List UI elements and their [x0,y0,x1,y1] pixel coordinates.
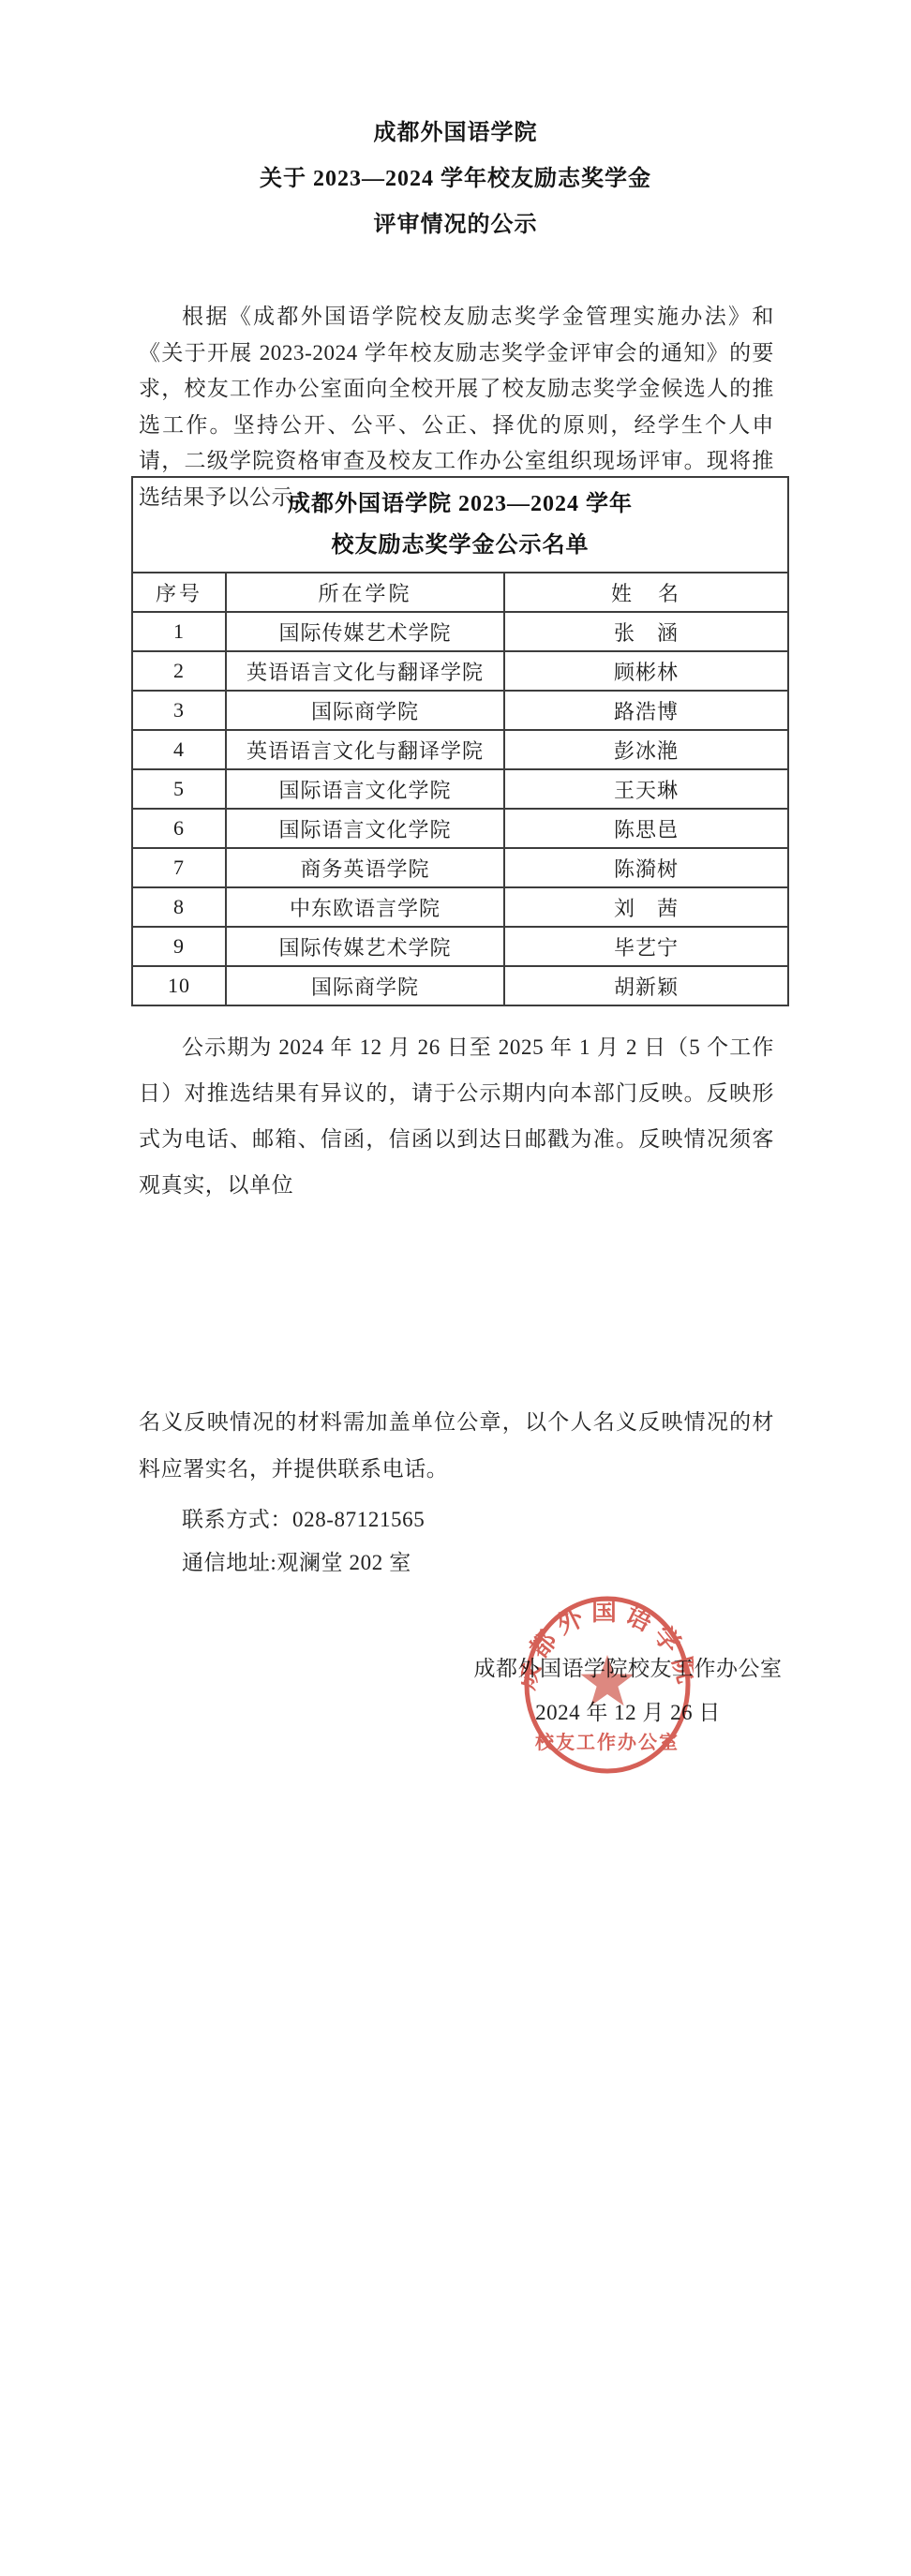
table-title: 成都外国语学院 2023—2024 学年 校友励志奖学金公示名单 [132,477,788,573]
signature-date: 2024 年 12 月 26 日 [469,1690,787,1735]
cell-name: 彭冰滟 [504,730,788,769]
table-row: 4 英语语言文化与翻译学院 彭冰滟 [132,730,788,769]
cell-college: 国际传媒艺术学院 [226,927,504,966]
cell-name: 毕艺宁 [504,927,788,966]
table-row: 8 中东欧语言学院 刘 茜 [132,887,788,927]
cell-seq: 1 [132,612,226,651]
header-college: 所在学院 [226,573,504,612]
cell-seq: 6 [132,809,226,848]
cell-seq: 10 [132,966,226,1005]
signature-block: 成都外国语学院校友工作办公室 2024 年 12 月 26 日 [469,1646,787,1735]
table-title-line-1: 成都外国语学院 2023—2024 学年 [133,484,787,525]
table-row: 3 国际商学院 路浩博 [132,691,788,730]
header-seq: 序号 [132,573,226,612]
cell-name: 刘 茜 [504,887,788,927]
cell-name: 顾彬林 [504,651,788,691]
cell-college: 国际传媒艺术学院 [226,612,504,651]
cell-seq: 9 [132,927,226,966]
table-row: 5 国际语言文化学院 王天琳 [132,769,788,809]
table-row: 1 国际传媒艺术学院 张 涵 [132,612,788,651]
title-line-3: 评审情况的公示 [0,202,911,248]
cell-college: 国际商学院 [226,691,504,730]
notice-period-paragraph: 公示期为 2024 年 12 月 26 日至 2025 年 1 月 2 日（5 … [139,1024,774,1208]
table-header-row: 序号 所在学院 姓 名 [132,573,788,612]
announcement-document: 成都外国语学院 关于 2023—2024 学年校友励志奖学金 评审情况的公示 根… [0,0,911,2576]
cell-seq: 7 [132,848,226,887]
notice-period-continuation: 名义反映情况的材料需加盖单位公章，以个人名义反映情况的材料应署实名，并提供联系电… [139,1399,774,1493]
table-row: 9 国际传媒艺术学院 毕艺宁 [132,927,788,966]
cell-seq: 5 [132,769,226,809]
cell-seq: 4 [132,730,226,769]
cell-college: 商务英语学院 [226,848,504,887]
cell-name: 陈思邑 [504,809,788,848]
header-name: 姓 名 [504,573,788,612]
cell-name: 陈漪树 [504,848,788,887]
title-line-1: 成都外国语学院 [0,111,911,156]
cell-name: 胡新颖 [504,966,788,1005]
document-title: 成都外国语学院 关于 2023—2024 学年校友励志奖学金 评审情况的公示 [0,111,911,248]
contact-address: 通信地址:观澜堂 202 室 [139,1541,425,1585]
cell-college: 国际语言文化学院 [226,769,504,809]
signature-office: 成都外国语学院校友工作办公室 [469,1646,787,1690]
cell-college: 英语语言文化与翻译学院 [226,730,504,769]
cell-college: 中东欧语言学院 [226,887,504,927]
table-title-row: 成都外国语学院 2023—2024 学年 校友励志奖学金公示名单 [132,477,788,573]
cell-college: 国际商学院 [226,966,504,1005]
cell-college: 英语语言文化与翻译学院 [226,651,504,691]
cell-seq: 8 [132,887,226,927]
table-row: 7 商务英语学院 陈漪树 [132,848,788,887]
cell-name: 路浩博 [504,691,788,730]
cell-college: 国际语言文化学院 [226,809,504,848]
scholarship-table: 成都外国语学院 2023—2024 学年 校友励志奖学金公示名单 序号 所在学院… [131,476,789,1006]
title-line-2: 关于 2023—2024 学年校友励志奖学金 [0,156,911,202]
table-row: 10 国际商学院 胡新颖 [132,966,788,1005]
table-row: 2 英语语言文化与翻译学院 顾彬林 [132,651,788,691]
contact-phone: 联系方式：028-87121565 [139,1498,425,1541]
cell-name: 王天琳 [504,769,788,809]
table-row: 6 国际语言文化学院 陈思邑 [132,809,788,848]
table-title-line-2: 校友励志奖学金公示名单 [133,525,787,566]
cell-seq: 2 [132,651,226,691]
cell-name: 张 涵 [504,612,788,651]
contact-info: 联系方式：028-87121565 通信地址:观澜堂 202 室 [139,1498,425,1585]
cell-seq: 3 [132,691,226,730]
